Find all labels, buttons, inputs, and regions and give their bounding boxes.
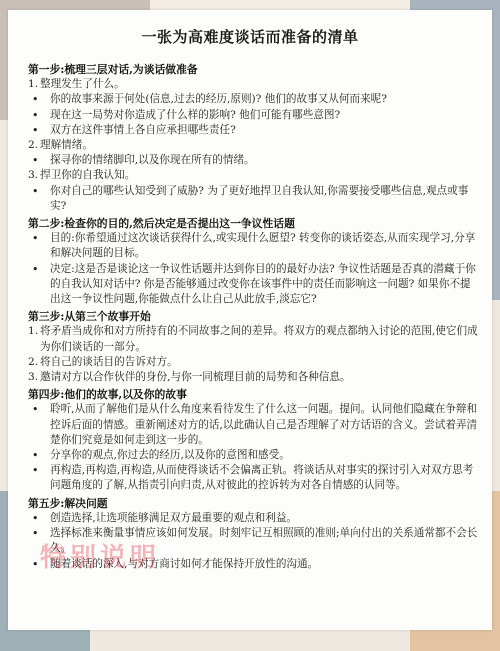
document-body: 第一步:梳理三层对话,为谈话做准备1.整理发生了什么。你的故事来源于何处(信息,… [28,60,480,572]
item-number: 2. [28,355,38,370]
item-text: 聆听,从而了解他们是从什么角度来看待发生了什么这一问题。提问。认同他们隐藏在争辩… [50,403,477,445]
item-text: 目的:你希望通过这次谈话获得什么,或实现什么愿望? 转变你的谈话姿态,从而实现学… [50,232,475,259]
item-text: 理解情绪。 [40,139,93,151]
item-number: 1. [28,77,38,92]
bullet-item: 现在这一局势对你造成了什么样的影响? 他们可能有哪些意图? [28,108,480,123]
bullet-item: 分享你的观点,你过去的经历,以及你的意图和感受。 [28,448,480,463]
item-number: 1. [28,324,38,339]
section-heading: 第四步:他们的故事,以及你的故事 [28,387,480,402]
item-text: 选择标准来衡量事情应该如何发展。时刻牢记互相照顾的准则;单向付出的关系通常都不会… [50,527,477,554]
bullet-item: 选择标准来衡量事情应该如何发展。时刻牢记互相照顾的准则;单向付出的关系通常都不会… [28,526,480,556]
item-text: 创造选择,让选项能够满足双方最重要的观点和利益。 [50,512,297,524]
item-text: 捍卫你的自我认知。 [40,169,135,181]
item-number: 3. [28,370,38,385]
section-heading: 第一步:梳理三层对话,为谈话做准备 [28,62,480,77]
item-text: 探寻你的情绪脚印,以及你现在所有的情绪。 [50,154,255,166]
item-text: 分享你的观点,你过去的经历,以及你的意图和感受。 [50,449,290,461]
document-page: 一张为高难度谈话而准备的清单 第一步:梳理三层对话,为谈话做准备1.整理发生了什… [8,10,492,630]
bullet-item: 决定:这是否是谈论这一争议性话题并达到你目的的最好办法? 争议性话题是否真的潜藏… [28,262,480,308]
bullet-item: 探寻你的情绪脚印,以及你现在所有的情绪。 [28,153,480,168]
item-text: 现在这一局势对你造成了什么样的影响? 他们可能有哪些意图? [50,109,340,121]
bullet-item: 双方在这件事情上各自应承担哪些责任? [28,123,480,138]
item-text: 你对自己的哪些认知受到了威胁? 为了更好地捍卫自我认知,你需要接受哪些信息,观点… [50,185,468,212]
numbered-item: 2.理解情绪。 [28,138,480,153]
item-number: 3. [28,168,38,183]
item-text: 双方在这件事情上各自应承担哪些责任? [50,124,236,136]
numbered-item: 2.将自己的谈话目的告诉对方。 [28,355,480,370]
item-text: 将矛盾当成你和对方所持有的不同故事之间的差异。将双方的观点都纳入讨论的范围,使它… [40,325,478,352]
numbered-item: 3.捍卫你的自我认知。 [28,168,480,183]
item-text: 决定:这是否是谈论这一争议性话题并达到你目的的最好办法? 争议性话题是否真的潜藏… [50,263,476,305]
bullet-item: 聆听,从而了解他们是从什么角度来看待发生了什么这一问题。提问。认同他们隐藏在争辩… [28,402,480,448]
item-text: 整理发生了什么。 [40,78,125,90]
document-title: 一张为高难度谈话而准备的清单 [8,26,492,47]
section-heading: 第五步:解决问题 [28,496,480,511]
item-text: 邀请对方以合作伙伴的身份,与你一同梳理目前的局势和各种信息。 [40,371,351,383]
numbered-item: 3.邀请对方以合作伙伴的身份,与你一同梳理目前的局势和各种信息。 [28,370,480,385]
bullet-item: 再构造,再构造,再构造,从而使得谈话不会偏离正轨。将谈话从对事实的探讨引入对双方… [28,463,480,493]
numbered-item: 1.将矛盾当成你和对方所持有的不同故事之间的差异。将双方的观点都纳入讨论的范围,… [28,324,480,354]
item-text: 将自己的谈话目的告诉对方。 [40,356,178,368]
item-text: 随着谈话的深入,与对方商讨如何才能保持开放性的沟通。 [50,558,318,570]
bullet-item: 创造选择,让选项能够满足双方最重要的观点和利益。 [28,511,480,526]
bullet-item: 你对自己的哪些认知受到了威胁? 为了更好地捍卫自我认知,你需要接受哪些信息,观点… [28,184,480,214]
section-heading: 第二步:检查你的目的,然后决定是否提出这一争议性话题 [28,216,480,231]
section-heading: 第三步:从第三个故事开始 [28,309,480,324]
bullet-item: 目的:你希望通过这次谈话获得什么,或实现什么愿望? 转变你的谈话姿态,从而实现学… [28,231,480,261]
numbered-item: 1.整理发生了什么。 [28,77,480,92]
item-text: 你的故事来源于何处(信息,过去的经历,原则)? 他们的故事又从何而来呢? [50,93,387,105]
item-number: 2. [28,138,38,153]
item-text: 再构造,再构造,再构造,从而使得谈话不会偏离正轨。将谈话从对事实的探讨引入对双方… [50,464,473,491]
bullet-item: 随着谈话的深入,与对方商讨如何才能保持开放性的沟通。 [28,557,480,572]
bullet-item: 你的故事来源于何处(信息,过去的经历,原则)? 他们的故事又从何而来呢? [28,92,480,107]
